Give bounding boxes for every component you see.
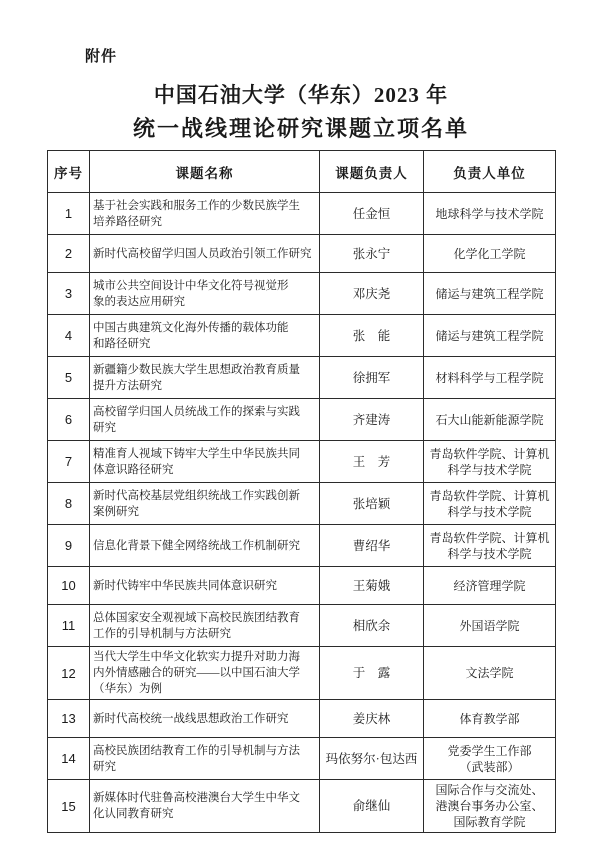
table-row: 6 高校留学归国人员统战工作的探索与实践 研究 齐建涛 石大山能新能源学院 (48, 399, 556, 441)
leader-unit: 经济管理学院 (424, 567, 556, 605)
table-row: 10 新时代铸牢中华民族共同体意识研究 王菊娥 经济管理学院 (48, 567, 556, 605)
project-roster-table: 序号 课题名称 课题负责人 负责人单位 1 基于社会实践和服务工作的少数民族学生… (47, 150, 556, 833)
project-leader: 于 露 (320, 647, 424, 700)
project-title: 新疆籍少数民族大学生思想政治教育质量 提升方法研究 (90, 357, 320, 399)
leader-unit: 储运与建筑工程学院 (424, 315, 556, 357)
project-title: 当代大学生中华文化软实力提升对助力海 内外情感融合的研究——以中国石油大学 （华… (90, 647, 320, 700)
table-row: 13 新时代高校统一战线思想政治工作研究 姜庆林 体育教学部 (48, 700, 556, 738)
leader-unit: 化学化工学院 (424, 235, 556, 273)
leader-unit: 体育教学部 (424, 700, 556, 738)
row-number: 6 (48, 399, 90, 441)
row-number: 9 (48, 525, 90, 567)
table-row: 5 新疆籍少数民族大学生思想政治教育质量 提升方法研究 徐拥军 材料科学与工程学… (48, 357, 556, 399)
table-row: 12 当代大学生中华文化软实力提升对助力海 内外情感融合的研究——以中国石油大学… (48, 647, 556, 700)
leader-unit: 国际合作与交流处、 港澳台事务办公室、 国际教育学院 (424, 780, 556, 833)
leader-unit: 储运与建筑工程学院 (424, 273, 556, 315)
project-leader: 邓庆尧 (320, 273, 424, 315)
project-title: 高校民族团结教育工作的引导机制与方法 研究 (90, 738, 320, 780)
table-row: 3 城市公共空间设计中华文化符号视觉形 象的表达应用研究 邓庆尧 储运与建筑工程… (48, 273, 556, 315)
project-leader: 王 芳 (320, 441, 424, 483)
attachment-label: 附件 (85, 48, 117, 66)
project-title: 高校留学归国人员统战工作的探索与实践 研究 (90, 399, 320, 441)
row-number: 3 (48, 273, 90, 315)
project-leader: 玛依努尔·包达西 (320, 738, 424, 780)
table-row: 11 总体国家安全观视域下高校民族团结教育 工作的引导机制与方法研究 相欣余 外… (48, 605, 556, 647)
header-unit: 负责人单位 (424, 151, 556, 193)
row-number: 4 (48, 315, 90, 357)
leader-unit: 石大山能新能源学院 (424, 399, 556, 441)
project-leader: 任金恒 (320, 193, 424, 235)
table-header-row: 序号 课题名称 课题负责人 负责人单位 (48, 151, 556, 193)
row-number: 8 (48, 483, 90, 525)
project-title: 总体国家安全观视域下高校民族团结教育 工作的引导机制与方法研究 (90, 605, 320, 647)
table-row: 2 新时代高校留学归国人员政治引领工作研究 张永宁 化学化工学院 (48, 235, 556, 273)
project-title: 中国古典建筑文化海外传播的载体功能 和路径研究 (90, 315, 320, 357)
header-leader: 课题负责人 (320, 151, 424, 193)
table-row: 1 基于社会实践和服务工作的少数民族学生 培养路径研究 任金恒 地球科学与技术学… (48, 193, 556, 235)
project-leader: 相欣余 (320, 605, 424, 647)
table-row: 14 高校民族团结教育工作的引导机制与方法 研究 玛依努尔·包达西 党委学生工作… (48, 738, 556, 780)
table-row: 9 信息化背景下健全网络统战工作机制研究 曹绍华 青岛软件学院、计算机 科学与技… (48, 525, 556, 567)
leader-unit: 青岛软件学院、计算机 科学与技术学院 (424, 483, 556, 525)
leader-unit: 材料科学与工程学院 (424, 357, 556, 399)
leader-unit: 外国语学院 (424, 605, 556, 647)
header-no: 序号 (48, 151, 90, 193)
project-title: 基于社会实践和服务工作的少数民族学生 培养路径研究 (90, 193, 320, 235)
row-number: 15 (48, 780, 90, 833)
project-title: 信息化背景下健全网络统战工作机制研究 (90, 525, 320, 567)
document-title-line1: 中国石油大学（华东）2023 年 (47, 82, 555, 108)
project-leader: 徐拥军 (320, 357, 424, 399)
row-number: 1 (48, 193, 90, 235)
project-leader: 俞继仙 (320, 780, 424, 833)
project-leader: 张永宁 (320, 235, 424, 273)
project-title: 城市公共空间设计中华文化符号视觉形 象的表达应用研究 (90, 273, 320, 315)
project-title: 新时代高校基层党组织统战工作实践创新 案例研究 (90, 483, 320, 525)
row-number: 5 (48, 357, 90, 399)
leader-unit: 文法学院 (424, 647, 556, 700)
row-number: 10 (48, 567, 90, 605)
table-row: 7 精准育人视域下铸牢大学生中华民族共同 体意识路径研究 王 芳 青岛软件学院、… (48, 441, 556, 483)
table-row: 8 新时代高校基层党组织统战工作实践创新 案例研究 张培颖 青岛软件学院、计算机… (48, 483, 556, 525)
row-number: 13 (48, 700, 90, 738)
row-number: 12 (48, 647, 90, 700)
project-leader: 王菊娥 (320, 567, 424, 605)
row-number: 14 (48, 738, 90, 780)
document-page: 附件 中国石油大学（华东）2023 年 统一战线理论研究课题立项名单 序号 课题… (0, 0, 599, 847)
row-number: 7 (48, 441, 90, 483)
row-number: 11 (48, 605, 90, 647)
title-block: 中国石油大学（华东）2023 年 统一战线理论研究课题立项名单 (47, 82, 555, 142)
project-title: 新媒体时代驻鲁高校港澳台大学生中华文 化认同教育研究 (90, 780, 320, 833)
table-row: 4 中国古典建筑文化海外传播的载体功能 和路径研究 张 能 储运与建筑工程学院 (48, 315, 556, 357)
project-title: 新时代高校留学归国人员政治引领工作研究 (90, 235, 320, 273)
leader-unit: 青岛软件学院、计算机 科学与技术学院 (424, 441, 556, 483)
project-title: 新时代高校统一战线思想政治工作研究 (90, 700, 320, 738)
leader-unit: 青岛软件学院、计算机 科学与技术学院 (424, 525, 556, 567)
document-title-line2: 统一战线理论研究课题立项名单 (47, 116, 555, 142)
project-leader: 张培颖 (320, 483, 424, 525)
leader-unit: 地球科学与技术学院 (424, 193, 556, 235)
project-leader: 张 能 (320, 315, 424, 357)
project-leader: 齐建涛 (320, 399, 424, 441)
row-number: 2 (48, 235, 90, 273)
header-title: 课题名称 (90, 151, 320, 193)
project-leader: 曹绍华 (320, 525, 424, 567)
project-title: 精准育人视域下铸牢大学生中华民族共同 体意识路径研究 (90, 441, 320, 483)
project-title: 新时代铸牢中华民族共同体意识研究 (90, 567, 320, 605)
leader-unit: 党委学生工作部 （武装部） (424, 738, 556, 780)
table-row: 15 新媒体时代驻鲁高校港澳台大学生中华文 化认同教育研究 俞继仙 国际合作与交… (48, 780, 556, 833)
project-leader: 姜庆林 (320, 700, 424, 738)
